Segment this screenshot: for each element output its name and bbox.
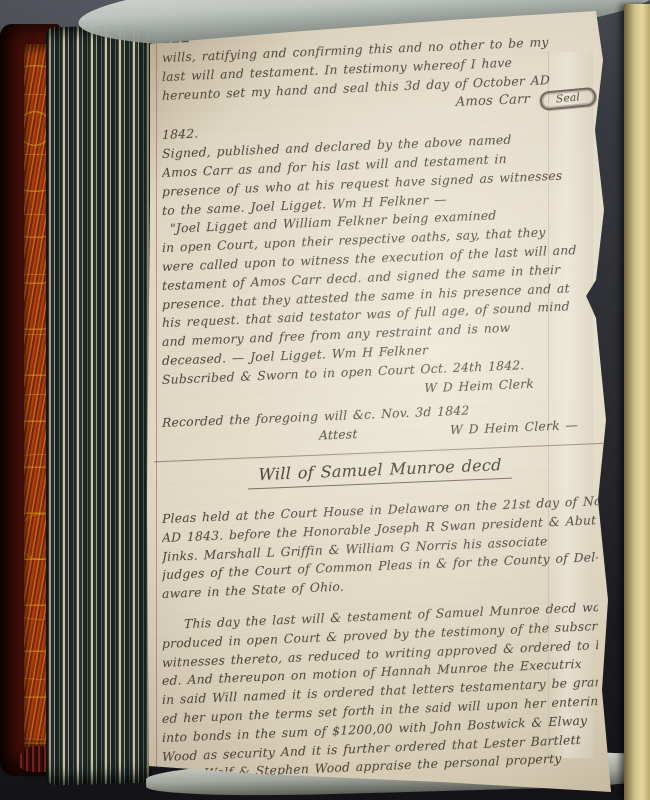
testator-signature: Amos Carr — [456, 91, 530, 113]
manuscript-page: 222 wills, ratifying and confirming this… — [140, 0, 650, 800]
attest-label: Attest — [319, 425, 358, 445]
record-book-photograph: 222 wills, ratifying and confirming this… — [0, 0, 650, 800]
witness-probate-testimony: "Joel Ligget and William Felkner being e… — [162, 202, 598, 389]
seal-stamp: Seal — [540, 87, 597, 111]
ruled-margin-line — [156, 34, 157, 774]
stacked-page-edges — [46, 25, 152, 786]
court-session-paragraph: Pleas held at the Court House in Delawar… — [162, 492, 598, 604]
handwritten-text: 222 wills, ratifying and confirming this… — [162, 12, 598, 800]
record-heading: Will of Samuel Munroe decd — [248, 456, 511, 490]
probate-order-paragraph: This day the last will & testament of Sa… — [162, 598, 598, 800]
next-page-edge — [624, 4, 650, 800]
